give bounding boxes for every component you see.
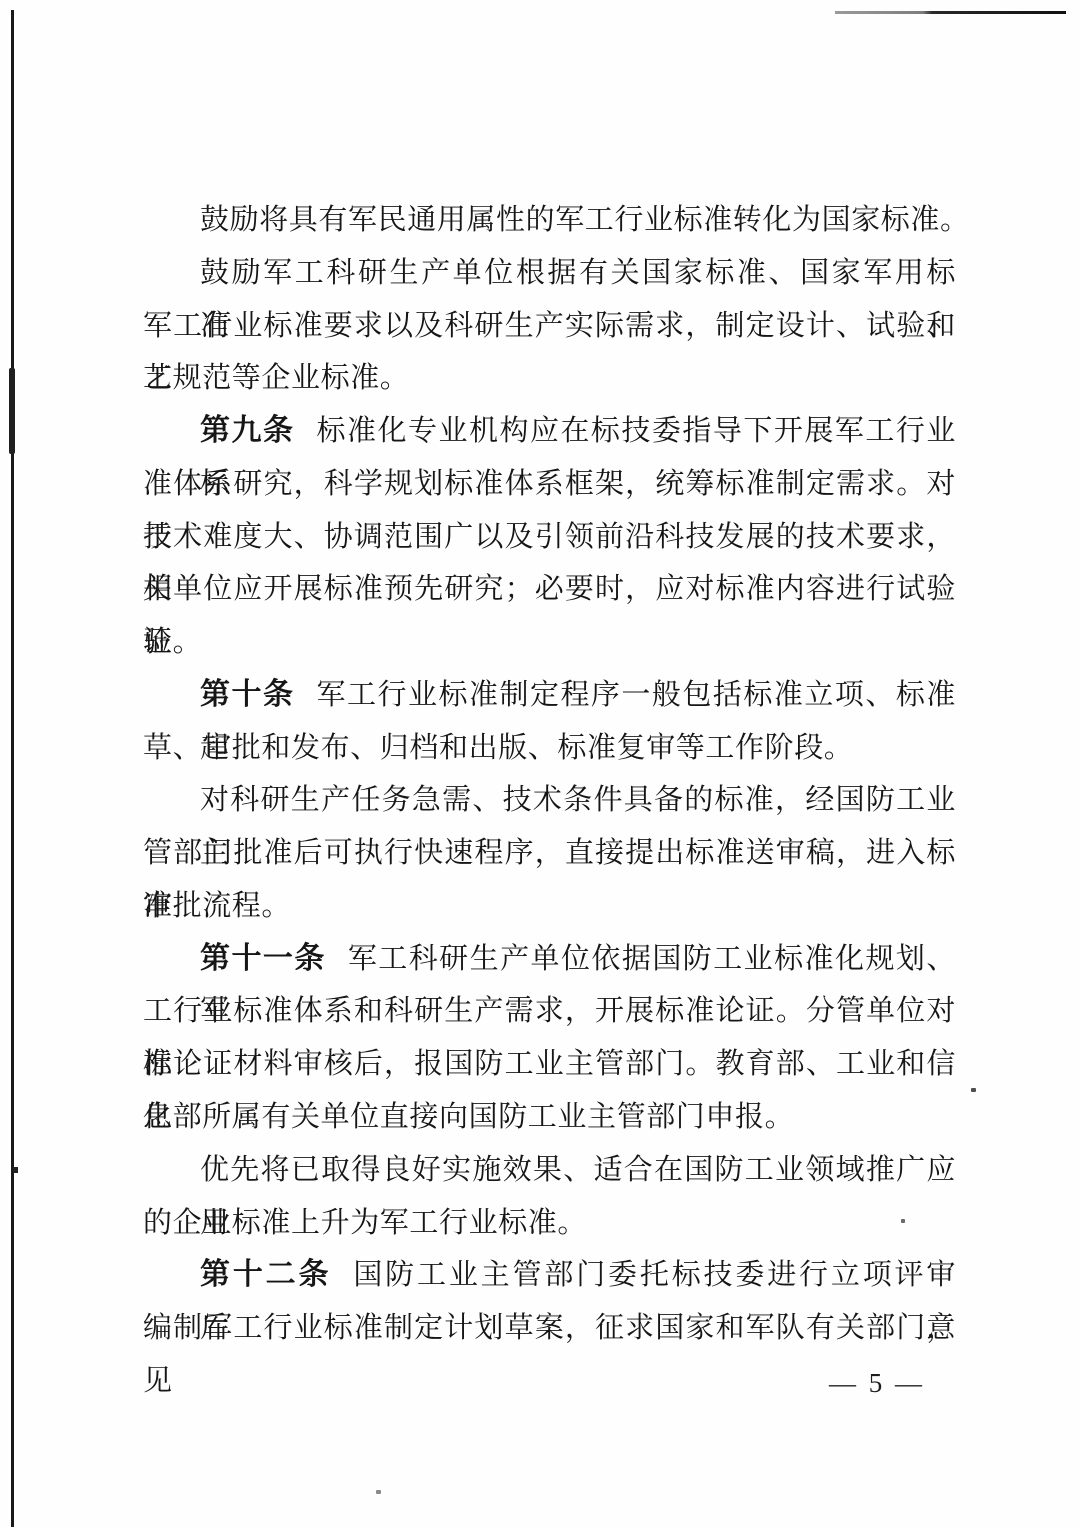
text-run: 草、审批和发布、归档和出版、标准复审等工作阶段。: [143, 732, 853, 764]
text-line: 编制军工行业标准制定计划草案，征求国家和军队有关部门意见: [143, 1302, 956, 1355]
scan-edge-nub: [13, 1167, 18, 1173]
text-line: 艺规范等企业标准。: [143, 352, 956, 405]
article-heading: 第十一条: [200, 942, 326, 975]
scan-edge-line-left-thick: [9, 368, 15, 454]
text-line: 第九条标准化专业机构应在标技委指导下开展军工行业标: [143, 405, 956, 458]
text-line: 技术难度大、协调范围广以及引领前沿科技发展的技术要求，相: [143, 511, 956, 564]
scan-speck: [971, 1088, 976, 1092]
text-line: 第十条军工行业标准制定程序一般包括标准立项、标准起: [143, 669, 956, 722]
article-heading: 第十二条: [200, 1258, 331, 1291]
text-line: 优先将已取得良好实施效果、适合在国防工业领域推广应用: [143, 1144, 956, 1197]
document-body: 鼓励将具有军民通用属性的军工行业标准转化为国家标准。鼓励军工科研生产单位根据有关…: [143, 194, 956, 1355]
page-number: — 5 —: [829, 1368, 925, 1399]
text-line: 关单位应开展标准预先研究；必要时，应对标准内容进行试验验: [143, 563, 956, 616]
document-page: 鼓励将具有军民通用属性的军工行业标准转化为国家标准。鼓励军工科研生产单位根据有关…: [0, 0, 1080, 1527]
text-line: 鼓励将具有军民通用属性的军工行业标准转化为国家标准。: [143, 194, 956, 247]
text-line: 对科研生产任务急需、技术条件具备的标准，经国防工业主: [143, 774, 956, 827]
text-line: 证。: [143, 616, 956, 669]
text-line: 第十一条军工科研生产单位依据国防工业标准化规划、军: [143, 933, 956, 986]
text-run: 审批流程。: [143, 890, 291, 922]
text-line: 化部所属有关单位直接向国防工业主管部门申报。: [143, 1091, 956, 1144]
text-line: 准论证材料审核后，报国防工业主管部门。教育部、工业和信息: [143, 1038, 956, 1091]
text-line: 的企业标准上升为军工行业标准。: [143, 1197, 956, 1250]
text-run: 艺规范等企业标准。: [143, 362, 409, 394]
scan-edge-line-left: [11, 10, 14, 1527]
article-heading: 第十条: [200, 678, 294, 711]
text-line: 鼓励军工科研生产单位根据有关国家标准、国家军用标准、: [143, 247, 956, 300]
text-run: 鼓励将具有军民通用属性的军工行业标准转化为国家标准。: [200, 204, 970, 236]
text-line: 第十二条国防工业主管部门委托标技委进行立项评审后，: [143, 1249, 956, 1302]
text-line: 管部门批准后可执行快速程序，直接提出标准送审稿，进入标准: [143, 827, 956, 880]
text-line: 军工行业标准要求以及科研生产实际需求，制定设计、试验和工: [143, 300, 956, 353]
text-line: 工行业标准体系和科研生产需求，开展标准论证。分管单位对标: [143, 985, 956, 1038]
text-line: 草、审批和发布、归档和出版、标准复审等工作阶段。: [143, 722, 956, 775]
scan-speck: [376, 1490, 381, 1494]
text-line: 准体系研究，科学规划标准体系框架，统筹标准制定需求。对于: [143, 458, 956, 511]
scan-edge-line-top: [835, 11, 1066, 14]
text-run: 证。: [143, 626, 202, 658]
text-run: 的企业标准上升为军工行业标准。: [143, 1207, 587, 1239]
article-heading: 第九条: [200, 414, 294, 447]
text-line: 审批流程。: [143, 880, 956, 933]
text-run: 化部所属有关单位直接向国防工业主管部门申报。: [143, 1101, 794, 1133]
